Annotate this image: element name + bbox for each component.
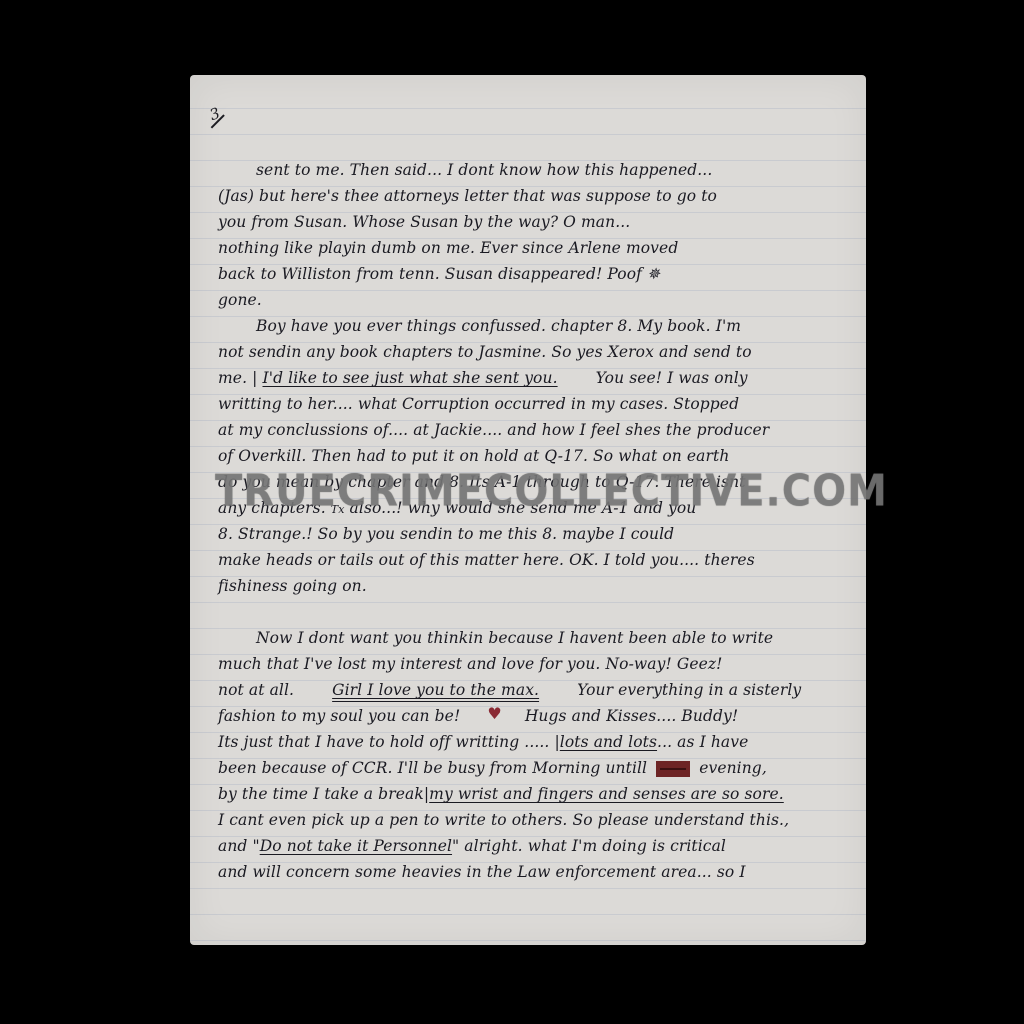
text-fragment: ... as I have: [657, 733, 748, 751]
text-line: much that I've lost my interest and love…: [218, 651, 848, 677]
text-line: sent to me. Then said... I dont know how…: [218, 157, 848, 183]
text-fragment: You see! I was only: [596, 369, 748, 387]
underlined-text: I'd like to see just what she sent you.: [263, 369, 558, 387]
page-number: 3: [207, 104, 222, 124]
text-line: at my conclussions of.... at Jackie.... …: [218, 417, 848, 443]
text-fragment: me.: [218, 369, 247, 387]
text-line: and will concern some heavies in the Law…: [218, 859, 848, 885]
text-line: do you mean by chapter and 8. Its A-1 th…: [218, 469, 848, 495]
heart-doodle-icon: ♥: [487, 701, 501, 727]
blank-line: [218, 599, 848, 625]
margin-note: Tx: [331, 503, 345, 516]
text-line: Boy have you ever things confussed. chap…: [218, 313, 848, 339]
text-line: writting to her.... what Corruption occu…: [218, 391, 848, 417]
text-fragment: evening,: [699, 759, 767, 777]
text-fragment: Hugs and Kisses.... Buddy!: [525, 707, 738, 725]
double-underlined-text: Girl I love you to the max.: [332, 681, 539, 699]
text-line: of Overkill. Then had to put it on hold …: [218, 443, 848, 469]
text-fragment: by the time I take a break: [218, 785, 424, 803]
text-line: I cant even pick up a pen to write to ot…: [218, 807, 848, 833]
text-line: been because of CCR. I'll be busy from M…: [218, 755, 848, 781]
text-line: gone.: [218, 287, 848, 313]
text-line: fishiness going on.: [218, 573, 848, 599]
text-fragment: and ": [218, 837, 260, 855]
text-fragment: been because of CCR. I'll be busy from M…: [218, 759, 647, 777]
redaction-mark: [656, 761, 690, 777]
text-fragment: fashion to my soul you can be!: [218, 707, 460, 725]
text-fragment: Its just that I have to hold off writtin…: [218, 733, 549, 751]
text-line: Now I dont want you thinkin because I ha…: [218, 625, 848, 651]
text-line: 8. Strange.! So by you sendin to me this…: [218, 521, 848, 547]
letter-body: sent to me. Then said... I dont know how…: [218, 157, 848, 885]
text-fragment: " alright. what I'm doing is critical: [452, 837, 726, 855]
text-line: and "Do not take it Personnel" alright. …: [218, 833, 848, 859]
text-line: by the time I take a break|my wrist and …: [218, 781, 848, 807]
text-fragment: also...! why would she send me A-1 and y…: [350, 499, 697, 517]
text-line: nothing like playin dumb on me. Ever sin…: [218, 235, 848, 261]
text-fragment: Your everything in a sisterly: [577, 681, 801, 699]
text-line: any chapters. Tx also...! why would she …: [218, 495, 848, 521]
text-line: (Jas) but here's thee attorneys letter t…: [218, 183, 848, 209]
text-fragment: any chapters.: [218, 499, 326, 517]
text-line: fashion to my soul you can be! ♥ Hugs an…: [218, 703, 848, 729]
text-line: not sendin any book chapters to Jasmine.…: [218, 339, 848, 365]
text-line: you from Susan. Whose Susan by the way? …: [218, 209, 848, 235]
letter-page: 3 sent to me. Then said... I dont know h…: [190, 75, 866, 945]
underlined-text: my wrist and fingers and senses are so s…: [429, 785, 784, 803]
text-line: not at all. Girl I love you to the max. …: [218, 677, 848, 703]
text-line: me. | I'd like to see just what she sent…: [218, 365, 848, 391]
text-line: back to Williston from tenn. Susan disap…: [218, 261, 848, 287]
text-line: Its just that I have to hold off writtin…: [218, 729, 848, 755]
text-fragment: not at all.: [218, 681, 294, 699]
underlined-text: lots and lots: [560, 733, 657, 751]
underlined-text: Do not take it Personnel: [260, 837, 452, 855]
text-line: make heads or tails out of this matter h…: [218, 547, 848, 573]
